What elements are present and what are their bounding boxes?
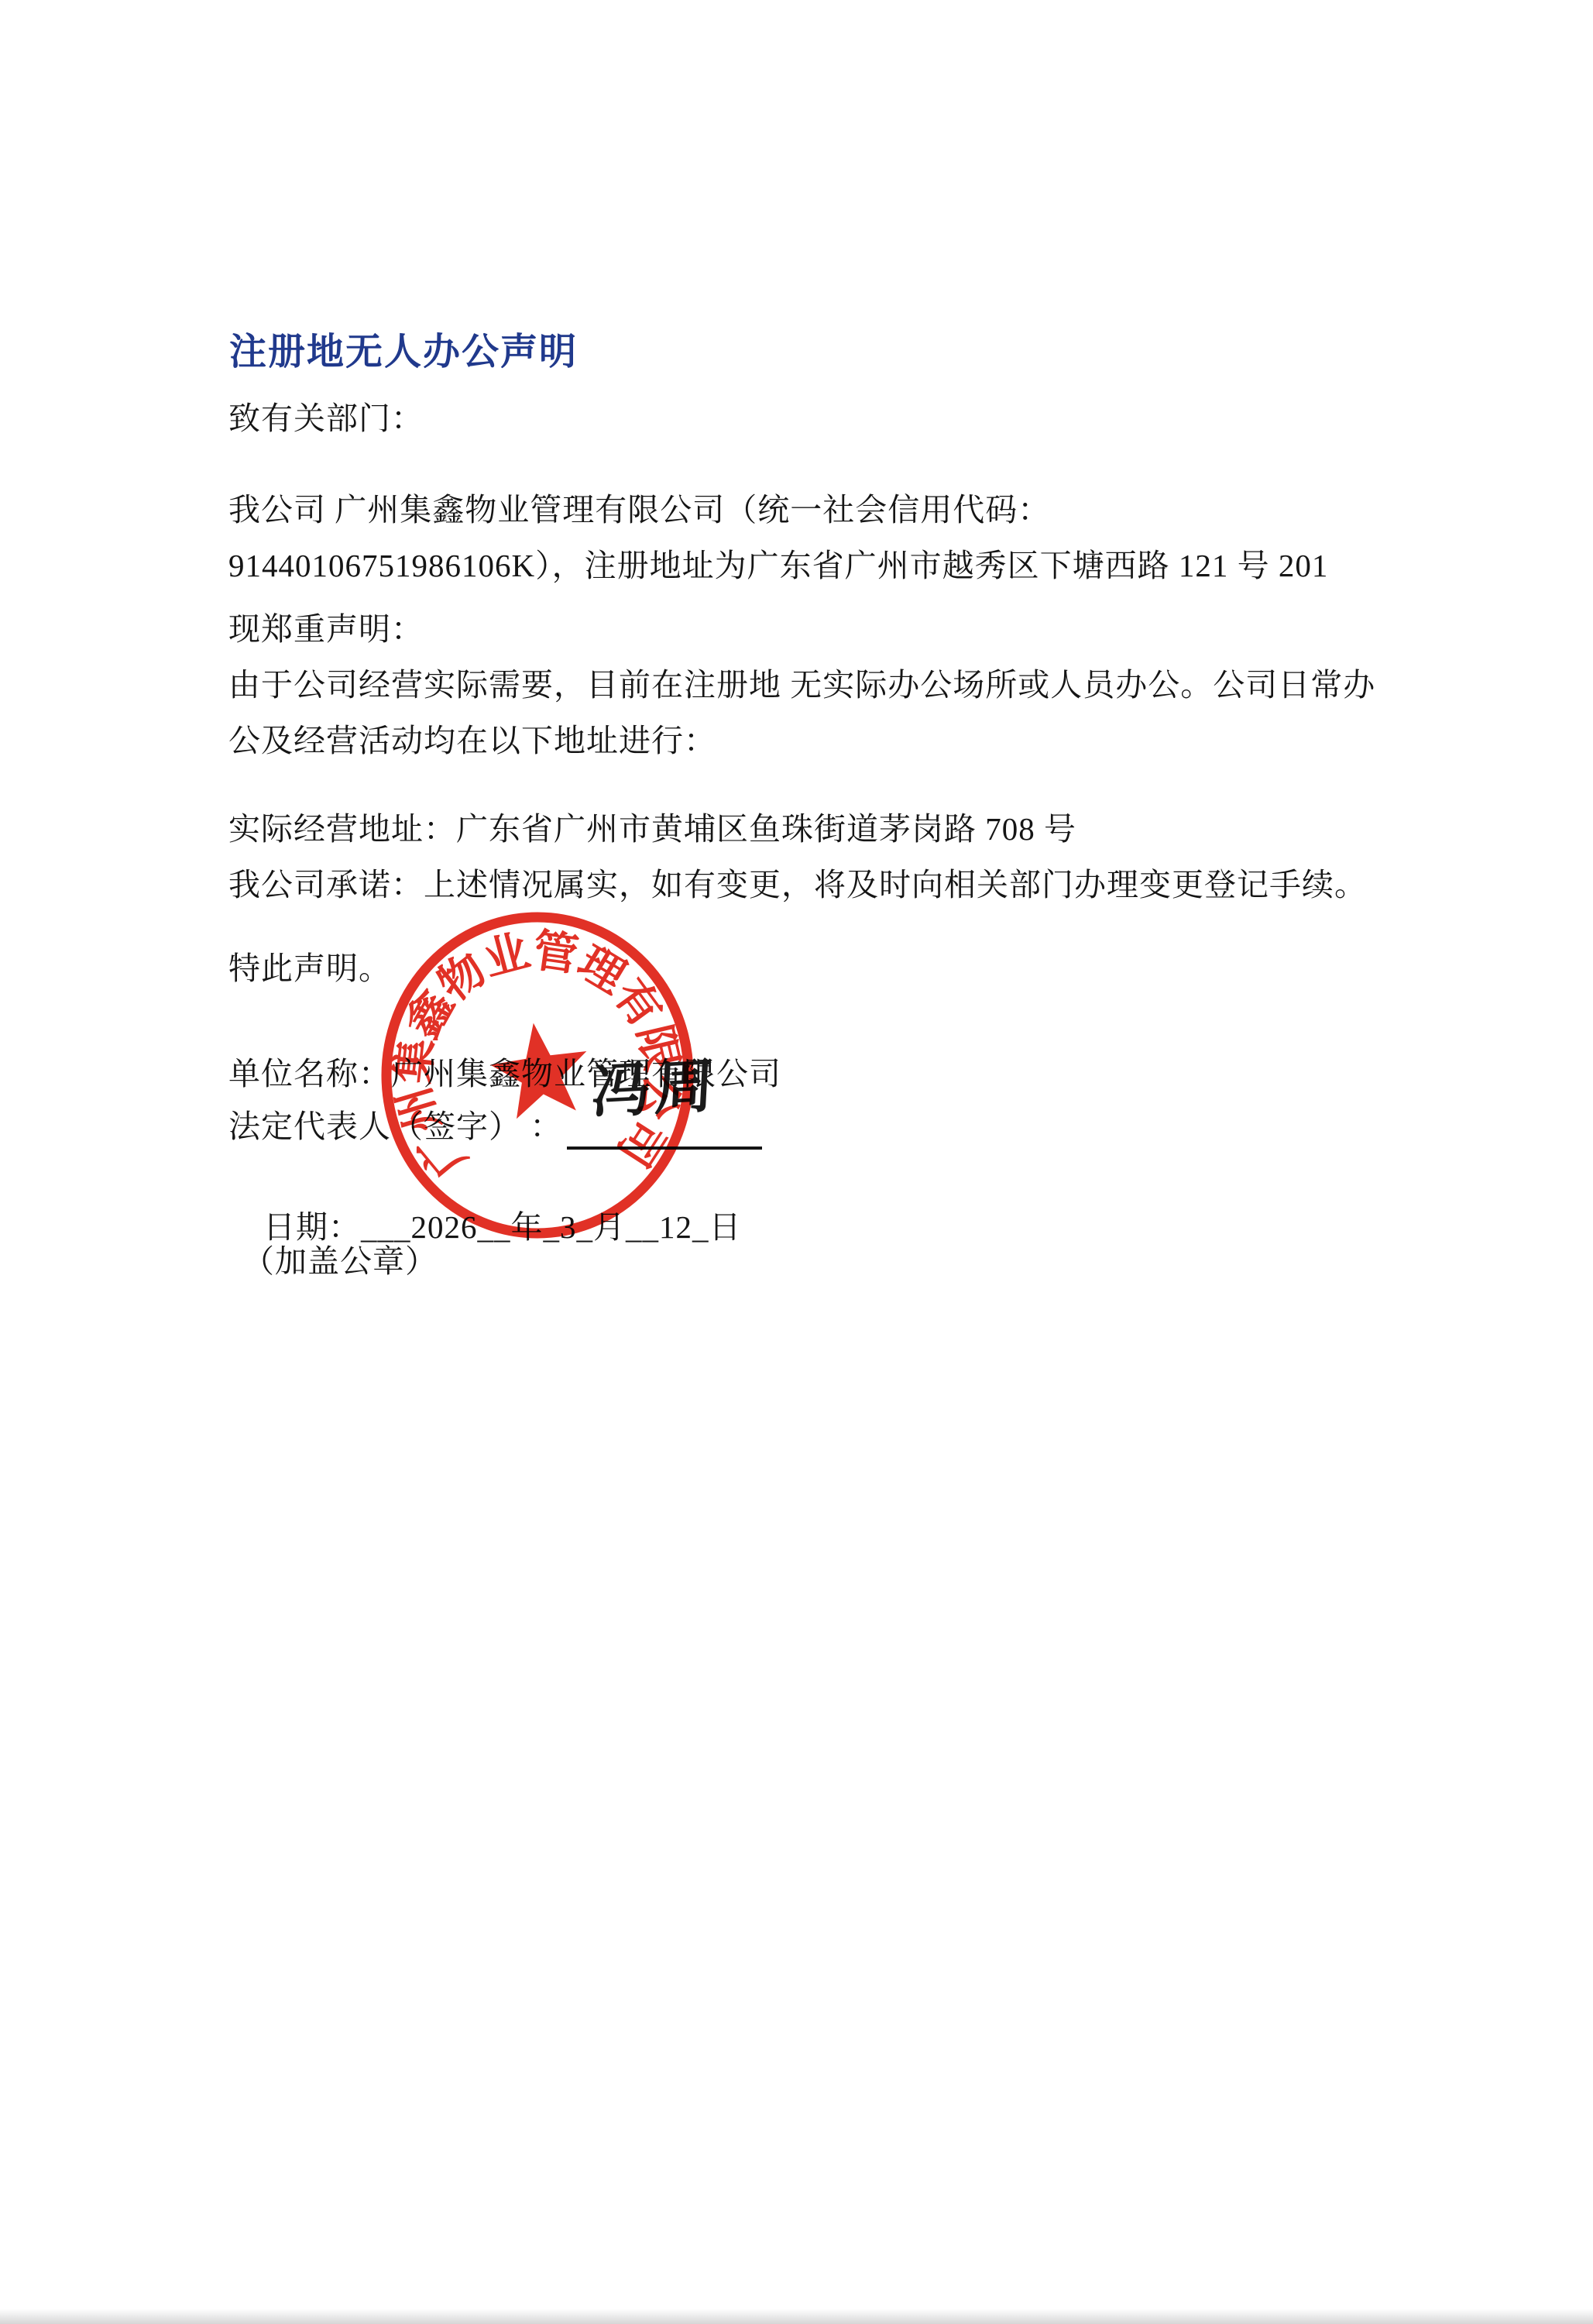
declaration-line1: 由于公司经营实际需要，目前在注册地 无实际办公场所或人员办公。公司日常办 bbox=[228, 662, 1375, 708]
declaration-heading: 现郑重声明： bbox=[228, 606, 424, 652]
company-intro-line1: 我公司 广州集鑫物业管理有限公司（统一社会信用代码： bbox=[228, 486, 1050, 533]
declaration-line2: 公及经营活动均在以下地址进行： bbox=[228, 717, 716, 764]
star-icon bbox=[486, 1016, 595, 1122]
document-page: 注册地无人办公声明 致有关部门： 我公司 广州集鑫物业管理有限公司（统一社会信用… bbox=[0, 0, 1593, 2324]
page-edge-shadow bbox=[0, 2309, 1593, 2324]
company-seal: 广州集鑫物业管理有限公司 bbox=[344, 882, 731, 1269]
actual-address-line: 实际经营地址：广东省广州市黄埔区鱼珠街道茅岗路 708 号 bbox=[228, 806, 1076, 852]
company-intro-line2: 91440106751986106K），注册地址为广东省广州市越秀区下塘西路 1… bbox=[228, 542, 1328, 589]
document-title: 注册地无人办公声明 bbox=[229, 328, 578, 376]
salutation: 致有关部门： bbox=[228, 395, 424, 442]
